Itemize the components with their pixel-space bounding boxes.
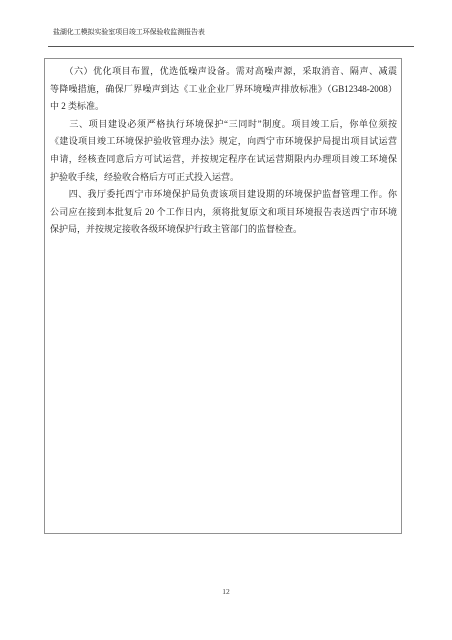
- text-line: 申请，经核查同意后方可试运营，并按规定程序在试运营期限内办理项目竣工环境保: [50, 151, 397, 169]
- text-line: 《建设项目竣工环境保护验收管理办法》规定，向西宁市环境保护局提出项目试运营: [50, 133, 397, 151]
- text-line: 中 2 类标准。: [50, 98, 397, 116]
- text-line: 四、我厅委托西宁市环境保护局负责该项目建设期的环境保护监督管理工作。你: [50, 186, 397, 204]
- text-line: 公司应在接到本批复后 20 个工作日内，须将批复原文和项目环境报告表送西宁市环境: [50, 204, 397, 222]
- page-header-title: 盐湖化工模拟实验室项目竣工环保验收监测报告表: [53, 27, 205, 37]
- text-line: 保护局，并按规定接收各级环境保护行政主管部门的监督检查。: [50, 221, 397, 239]
- content-box: （六）优化项目布置，优选低噪声设备。需对高噪声源，采取消音、隔声、减震等降噪措施…: [44, 58, 402, 534]
- text-line: 等降噪措施，确保厂界噪声到达《工业企业厂界环境噪声排放标准》（GB12348-2…: [50, 81, 397, 99]
- text-line: （六）优化项目布置，优选低噪声设备。需对高噪声源，采取消音、隔声、减震: [50, 63, 397, 81]
- text-line: 三、项目建设必须严格执行环境保护“三同时”制度。项目竣工后，你单位须按: [50, 116, 397, 134]
- text-line: 护验收手续，经验收合格后方可正式投入运营。: [50, 169, 397, 187]
- header-divider: [48, 46, 414, 47]
- page-number: 12: [0, 587, 452, 596]
- document-page: 盐湖化工模拟实验室项目竣工环保验收监测报告表 （六）优化项目布置，优选低噪声设备…: [0, 0, 452, 640]
